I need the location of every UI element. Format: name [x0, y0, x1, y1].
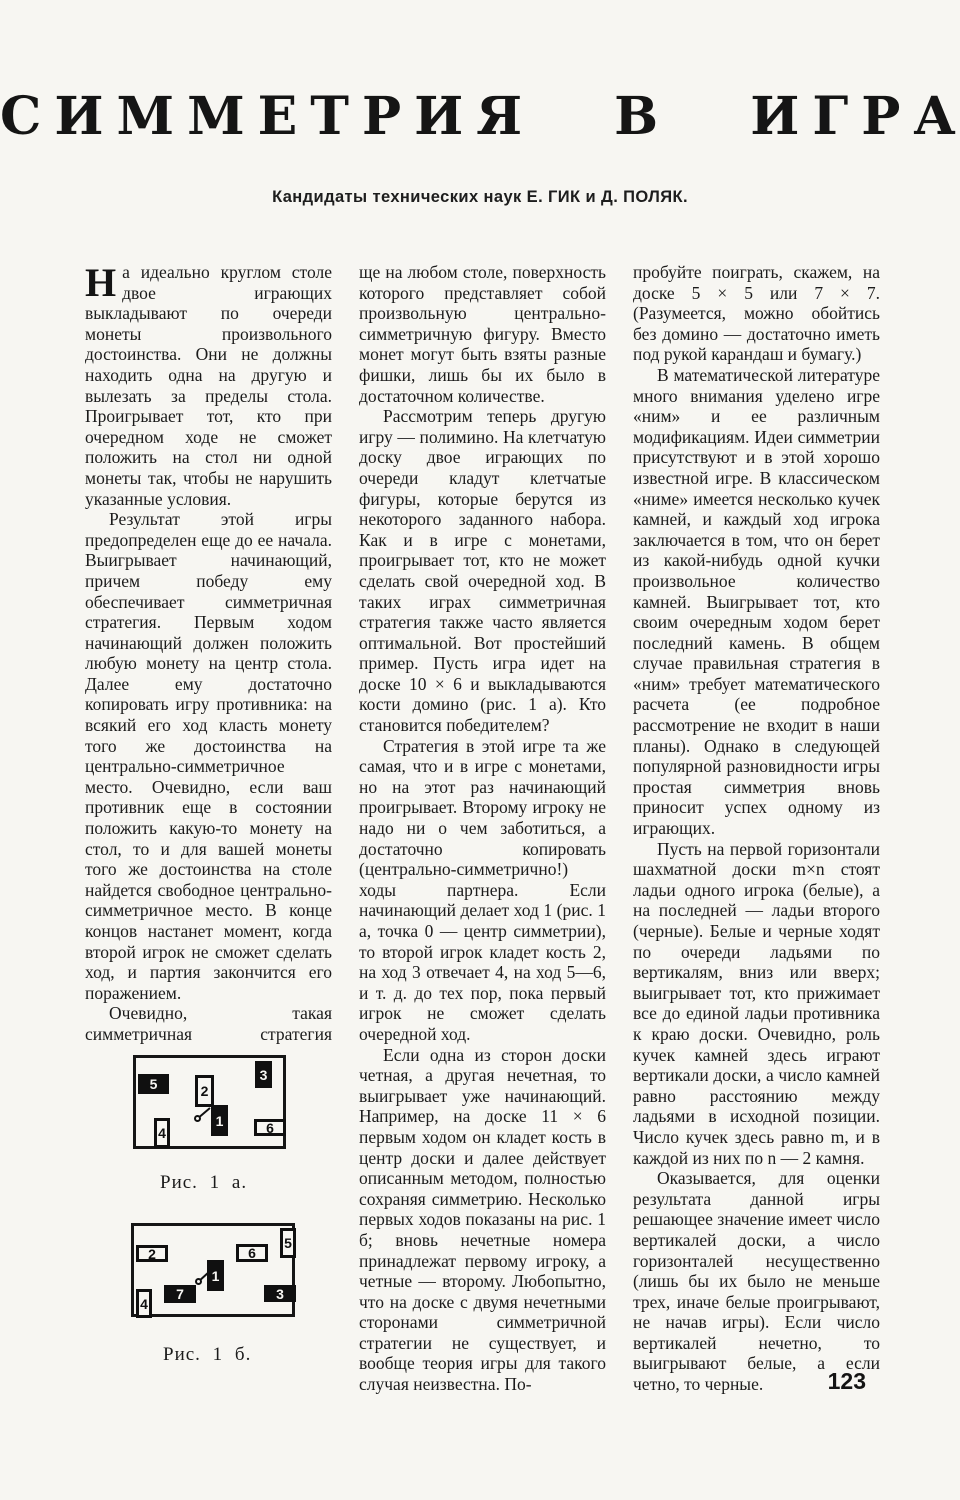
- dropcap-letter: Н: [85, 262, 122, 302]
- domino-2: 2: [195, 1075, 214, 1107]
- domino-5: 5: [138, 1074, 169, 1094]
- page-number: 123: [828, 1368, 866, 1395]
- paragraph-text: а идеально круглом столе двое играющих в…: [85, 262, 332, 509]
- article-title: СИММЕТРИЯ В ИГРАХ: [0, 86, 960, 147]
- domino-board-1a: 523146: [133, 1055, 286, 1149]
- figure-1a: 523146: [133, 1055, 286, 1149]
- paragraph: Если одна из сторон доски четная, а друг…: [359, 1045, 606, 1395]
- column-2: ще на любом столе, поверхность которого …: [359, 262, 606, 1395]
- symmetry-center-marker: [194, 1115, 201, 1122]
- domino-1: 1: [211, 1105, 228, 1136]
- domino-6: 6: [236, 1244, 268, 1262]
- scanned-article-page: СИММЕТРИЯ В ИГРАХ Кандидаты технических …: [0, 0, 960, 1500]
- figure-1a-caption: Рис. 1 а.: [160, 1172, 247, 1194]
- domino-4: 4: [136, 1289, 152, 1318]
- paragraph: Пусть на первой горизонтали шахматной до…: [633, 839, 880, 1169]
- column-1: На идеально круглом столе двое играющих …: [85, 262, 332, 1052]
- domino-5: 5: [280, 1228, 296, 1258]
- figure-1b-caption: Рис. 1 б.: [163, 1344, 251, 1366]
- paragraph: ще на любом столе, поверхность которого …: [359, 262, 606, 406]
- domino-7: 7: [164, 1285, 196, 1303]
- domino-1: 1: [207, 1260, 224, 1291]
- paragraph: Результат этой игры предопределен еще до…: [85, 509, 332, 1003]
- paragraph: Очевидно, такая симметричная стратегия п…: [85, 1003, 332, 1052]
- paragraph: В математической литературе много вниман…: [633, 365, 880, 839]
- domino-6: 6: [254, 1119, 286, 1136]
- paragraph: пробуйте поиграть, скажем, на доске 5 × …: [633, 262, 880, 365]
- domino-3: 3: [255, 1061, 272, 1088]
- paragraph: На идеально круглом столе двое играющих …: [85, 262, 332, 509]
- paragraph: Рассмотрим теперь другую игру — полимино…: [359, 406, 606, 736]
- domino-4: 4: [154, 1118, 170, 1148]
- article-byline: Кандидаты технических наук Е. ГИК и Д. П…: [0, 188, 960, 207]
- symmetry-center-marker: [195, 1278, 202, 1285]
- domino-3: 3: [264, 1285, 296, 1302]
- paragraph: Стратегия в этой игре та же самая, что и…: [359, 736, 606, 1045]
- paragraph: Оказывается, для оценки результата данно…: [633, 1168, 880, 1395]
- domino-board-1b: 2651734: [131, 1223, 295, 1317]
- domino-2: 2: [136, 1245, 168, 1262]
- figure-1b: 2651734: [131, 1223, 295, 1317]
- column-3: пробуйте поиграть, скажем, на доске 5 × …: [633, 262, 880, 1395]
